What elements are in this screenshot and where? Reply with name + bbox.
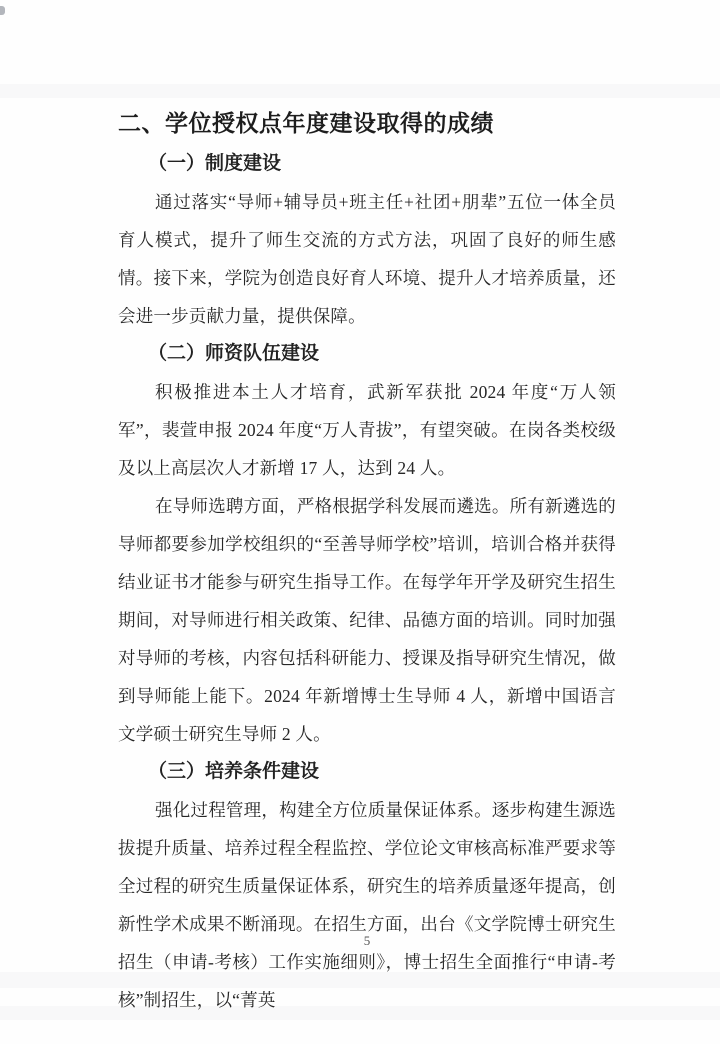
scan-band: [0, 84, 720, 98]
document-heading: 二、学位授权点年度建设取得的成绩: [118, 101, 616, 145]
page-number: 5: [118, 933, 616, 949]
page-content: 二、学位授权点年度建设取得的成绩 （一）制度建设 通过落实“导师+辅导员+班主任…: [118, 101, 616, 1019]
document-page: 二、学位授权点年度建设取得的成绩 （一）制度建设 通过落实“导师+辅导员+班主任…: [0, 0, 720, 1044]
subsection-heading-2: （二）师资队伍建设: [118, 335, 616, 373]
paragraph: 在导师选聘方面，严格根据学科发展而遴选。所有新遴选的导师都要参加学校组织的“至善…: [118, 487, 616, 753]
subsection-heading-1: （一）制度建设: [118, 145, 616, 183]
paragraph: 强化过程管理，构建全方位质量保证体系。逐步构建生源选拔提升质量、培养过程全程监控…: [118, 791, 616, 1019]
paragraph: 积极推进本土人才培育，武新军获批 2024 年度“万人领军”，裴萱申报 2024…: [118, 373, 616, 487]
paragraph: 通过落实“导师+辅导员+班主任+社团+朋辈”五位一体全员育人模式，提升了师生交流…: [118, 183, 616, 335]
scan-artifact: [0, 6, 5, 15]
subsection-heading-3: （三）培养条件建设: [118, 753, 616, 791]
